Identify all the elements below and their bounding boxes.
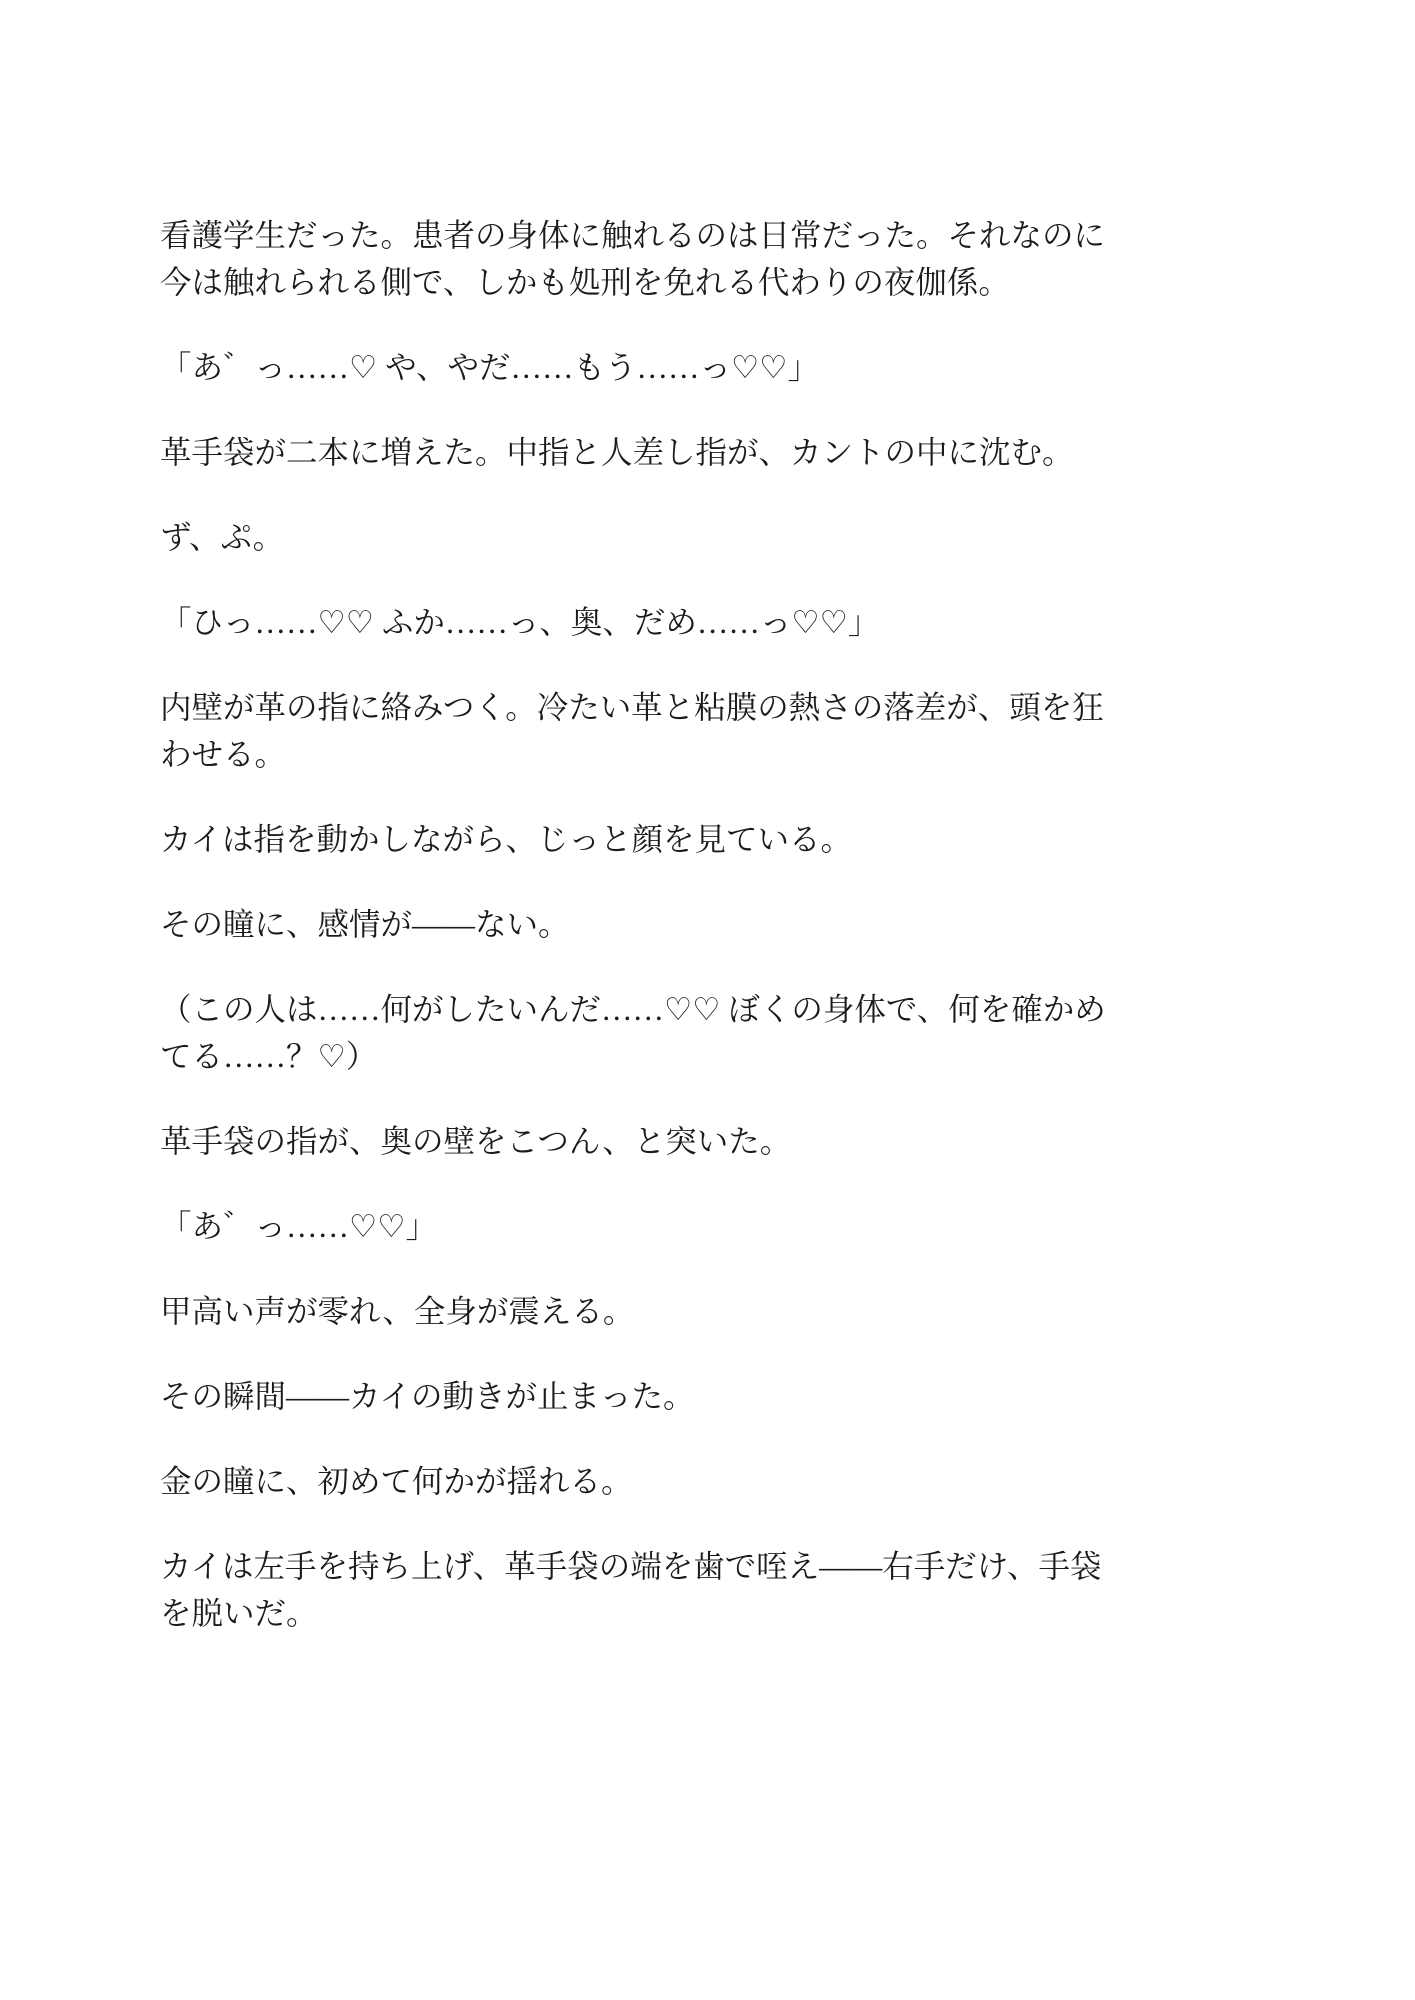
novel-page: 看護学生だった。患者の身体に触れるのは日常だった。それなのに今は触れられる側で、… xyxy=(0,0,1415,2000)
paragraph: カイは指を動かしながら、じっと顔を見ている。 xyxy=(160,816,1108,863)
text-column: 看護学生だった。患者の身体に触れるのは日常だった。それなのに今は触れられる側で、… xyxy=(160,212,1108,1675)
paragraph: ず、ぷ。 xyxy=(160,514,1108,561)
paragraph: 「あ゛っ……♡♡」 xyxy=(160,1203,1108,1250)
paragraph: 内壁が革の指に絡みつく。冷たい革と粘膜の熱さの落差が、頭を狂わせる。 xyxy=(160,684,1108,778)
paragraph: 革手袋の指が、奥の壁をこつん、と突いた。 xyxy=(160,1118,1108,1165)
paragraph: 「ひっ……♡♡ ふか……っ、奥、だめ……っ♡♡」 xyxy=(160,599,1108,646)
paragraph: 甲高い声が零れ、全身が震える。 xyxy=(160,1288,1108,1335)
paragraph: 看護学生だった。患者の身体に触れるのは日常だった。それなのに今は触れられる側で、… xyxy=(160,212,1108,306)
paragraph: 「あ゛っ……♡ や、やだ……もう……っ♡♡」 xyxy=(160,344,1108,391)
paragraph: その瞳に、感情が――ない。 xyxy=(160,901,1108,948)
paragraph: カイは左手を持ち上げ、革手袋の端を歯で咥え――右手だけ、手袋を脱いだ。 xyxy=(160,1543,1108,1637)
paragraph: 金の瞳に、初めて何かが揺れる。 xyxy=(160,1458,1108,1505)
paragraph: （この人は……何がしたいんだ……♡♡ ぼくの身体で、何を確かめてる……？♡） xyxy=(160,986,1108,1080)
paragraph: その瞬間――カイの動きが止まった。 xyxy=(160,1373,1108,1420)
paragraph: 革手袋が二本に増えた。中指と人差し指が、カントの中に沈む。 xyxy=(160,429,1108,476)
